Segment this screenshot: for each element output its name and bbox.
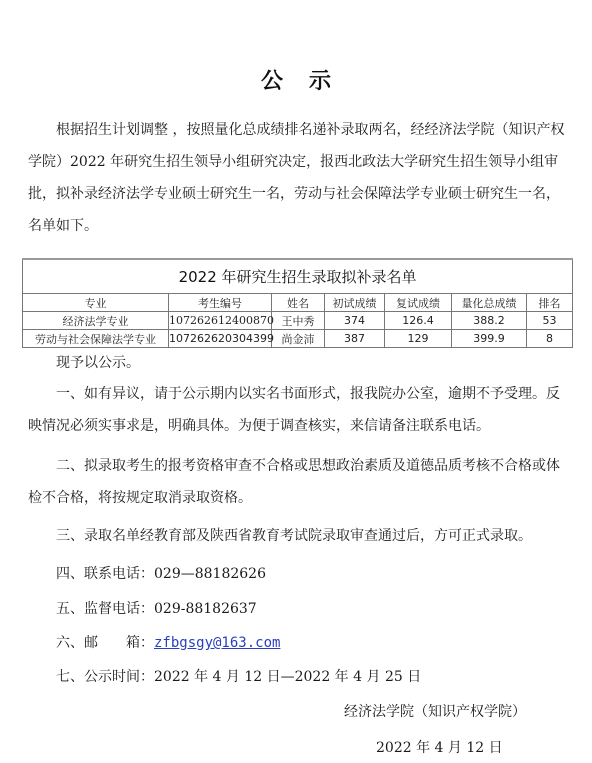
item-1-objection: 一、如有异议，请于公示期内以实名书面形式，报我院办公室，逾期不予受理。反映情况必… (28, 378, 568, 442)
header-rank: 排名 (527, 294, 573, 312)
header-retest-score: 复试成绩 (385, 294, 452, 312)
intro-paragraph: 根据招生计划调整 ，按照量化总成绩排名递补录取两名，经经济法学院（知识产权学院）… (28, 114, 568, 242)
cell-initial-score: 387 (325, 330, 385, 348)
cell-initial-score: 374 (325, 312, 385, 330)
contact-phone-label: 四、联系电话： (56, 566, 154, 582)
signature-date: 2022 年 4 月 12 日 (376, 737, 503, 757)
header-major: 专业 (23, 294, 169, 312)
table-row: 劳动与社会保障法学专业 107262620304399 尚金沛 387 129 … (23, 330, 573, 348)
announce-line: 现予以公示。 (56, 352, 140, 372)
supervision-phone-label: 五、监督电话： (56, 601, 154, 617)
item-3-review: 三、录取名单经教育部及陕西省教育考试院录取审查通过后，方可正式录取。 (28, 520, 568, 552)
period-label: 七、公示时间： (56, 669, 154, 685)
cell-retest-score: 129 (385, 330, 452, 348)
cell-major: 劳动与社会保障法学专业 (23, 330, 169, 348)
table-header-row: 专业 考生编号 姓名 初试成绩 复试成绩 量化总成绩 排名 (23, 294, 573, 312)
header-initial-score: 初试成绩 (325, 294, 385, 312)
cell-rank: 8 (527, 330, 573, 348)
cell-major: 经济法学专业 (23, 312, 169, 330)
cell-total-score: 388.2 (452, 312, 527, 330)
item-5-supervision-phone: 五、监督电话：029-88182637 (56, 598, 257, 618)
cell-name: 王中秀 (272, 312, 325, 330)
cell-name: 尚金沛 (272, 330, 325, 348)
contact-phone-value: 029—88182626 (154, 566, 266, 582)
item-2-disqualification: 二、拟录取考生的报考资格审查不合格或思想政治素质及道德品质考核不合格或体检不合格… (28, 450, 568, 514)
admission-table: 2022 年研究生招生录取拟补录名单 专业 考生编号 姓名 初试成绩 复试成绩 … (22, 258, 573, 348)
supervision-phone-value: 029-88182637 (154, 601, 257, 617)
notice-title: 公示 (0, 64, 592, 95)
cell-total-score: 399.9 (452, 330, 527, 348)
table-caption: 2022 年研究生招生录取拟补录名单 (23, 259, 573, 294)
email-label: 六、邮 箱： (56, 635, 154, 651)
header-candidate-id: 考生编号 (169, 294, 272, 312)
cell-candidate-id: 107262620304399 (169, 330, 272, 348)
cell-rank: 53 (527, 312, 573, 330)
item-4-contact-phone: 四、联系电话：029—88182626 (56, 563, 266, 583)
item-7-period: 七、公示时间：2022 年 4 月 12 日—2022 年 4 月 25 日 (56, 666, 421, 686)
table-row: 经济法学专业 107262612400870 王中秀 374 126.4 388… (23, 312, 573, 330)
header-name: 姓名 (272, 294, 325, 312)
header-total-score: 量化总成绩 (452, 294, 527, 312)
cell-retest-score: 126.4 (385, 312, 452, 330)
signature-org: 经济法学院（知识产权学院） (344, 701, 526, 721)
cell-candidate-id: 107262612400870 (169, 312, 272, 330)
email-link[interactable]: zfbgsgy@163.com (154, 635, 280, 651)
period-value: 2022 年 4 月 12 日—2022 年 4 月 25 日 (154, 669, 421, 685)
item-6-email: 六、邮 箱：zfbgsgy@163.com (56, 632, 280, 652)
